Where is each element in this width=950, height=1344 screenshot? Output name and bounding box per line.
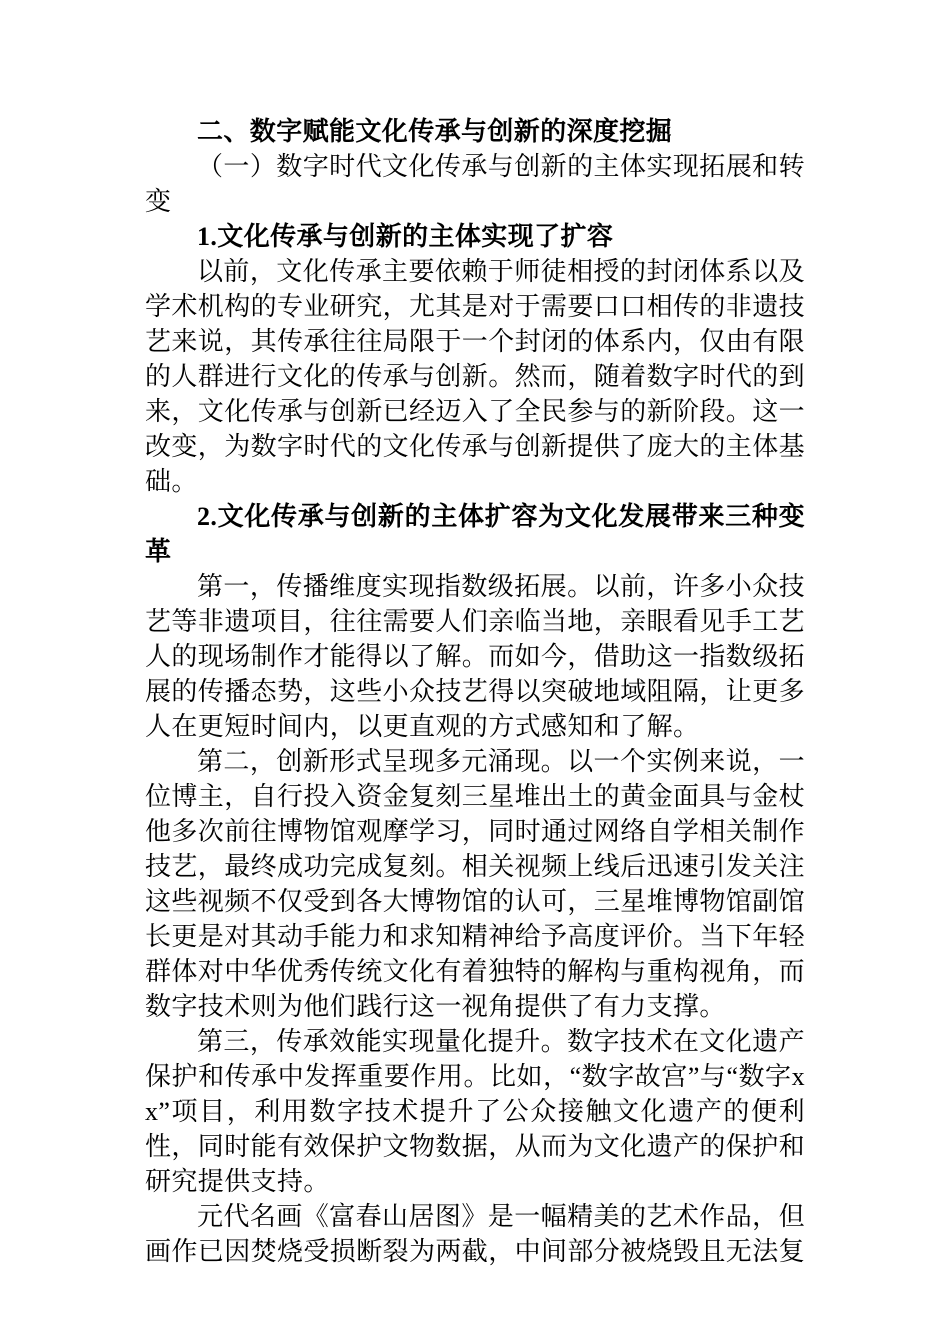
heading-section-2: 二、数字赋能文化传承与创新的深度挖掘 <box>145 114 805 149</box>
paragraph-subject-expansion: 以前，文化传承主要依赖于师徒相授的封闭体系以及学术机构的专业研究，尤其是对于需要… <box>145 254 805 499</box>
paragraph-third-change: 第三，传承效能实现量化提升。数字技术在文化遗产保护和传承中发挥重要作用。比如，“… <box>145 1024 805 1199</box>
heading-point-2: 2.文化传承与创新的主体扩容为文化发展带来三种变革 <box>145 499 805 569</box>
paragraph-fuchun-painting: 元代名画《富春山居图》是一幅精美的艺术作品，但画作已因焚烧受损断裂为两截，中间部… <box>145 1199 805 1269</box>
paragraph-first-change: 第一，传播维度实现指数级拓展。以前，许多小众技艺等非遗项目，往往需要人们亲临当地… <box>145 569 805 744</box>
paragraph-second-change: 第二，创新形式呈现多元涌现。以一个实例来说，一位博主，自行投入资金复刻三星堆出土… <box>145 744 805 1024</box>
heading-subsection-1: （一）数字时代文化传承与创新的主体实现拓展和转变 <box>145 149 805 219</box>
heading-point-1: 1.文化传承与创新的主体实现了扩容 <box>145 219 805 254</box>
document-page: 二、数字赋能文化传承与创新的深度挖掘 （一）数字时代文化传承与创新的主体实现拓展… <box>0 0 950 1344</box>
